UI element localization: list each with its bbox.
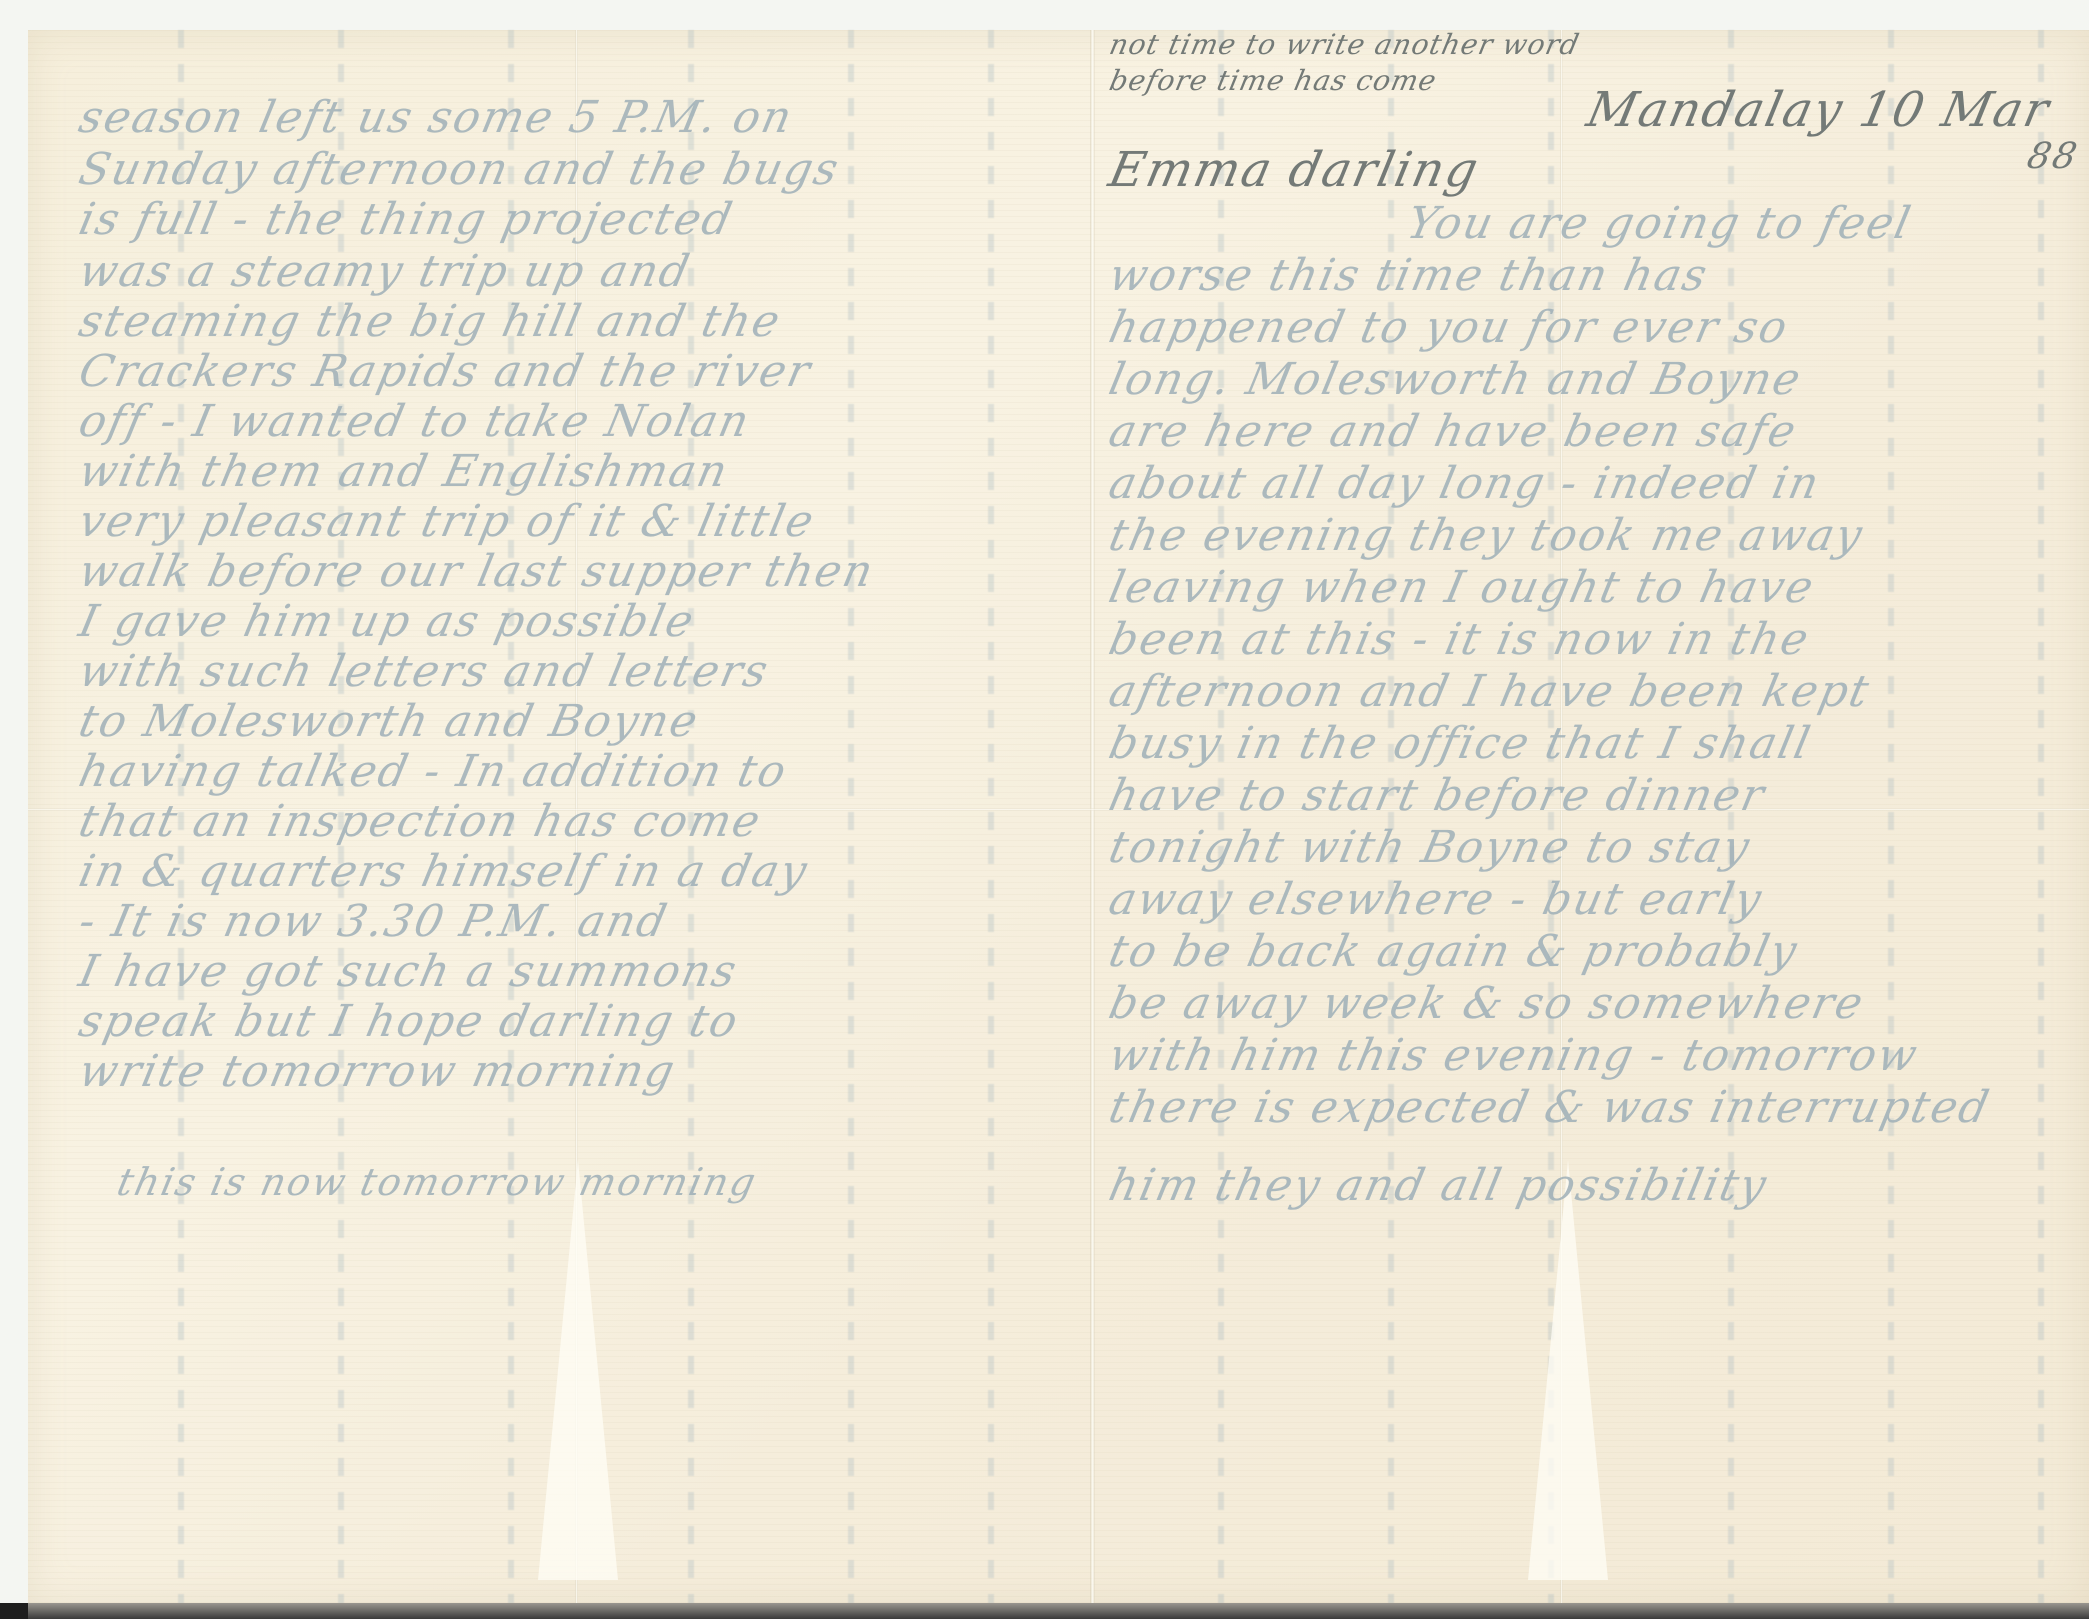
right-line: him they and all possibility <box>1105 1160 1773 1211</box>
scanner-edge-bottom <box>28 1603 2089 1619</box>
left-line: off - I wanted to take Nolan <box>75 396 756 447</box>
left-line: I gave him up as possible <box>75 596 700 647</box>
left-line: having talked - In addition to <box>75 746 793 797</box>
left-line: speak but I hope darling to <box>75 996 744 1047</box>
salutation: Emma darling <box>1104 142 1484 198</box>
right-line: leaving when I ought to have <box>1105 562 1820 613</box>
header-note-line-2: before time has come <box>1106 64 1439 97</box>
right-line: been at this - it is now in the <box>1105 614 1815 665</box>
left-line: walk before our last supper then <box>75 546 880 597</box>
left-line: Sunday afternoon and the bugs <box>75 144 845 195</box>
scanner-edge-corner <box>0 1603 28 1619</box>
left-line: that an inspection has come <box>75 796 767 847</box>
right-line: be away week & so somewhere <box>1105 978 1870 1029</box>
ink-bleed <box>1888 30 1894 1605</box>
left-line: - It is now 3.30 P.M. and <box>75 896 673 947</box>
left-line: Crackers Rapids and the river <box>75 346 817 397</box>
ink-bleed <box>2038 30 2044 1605</box>
ink-bleed <box>848 30 854 1605</box>
left-footer-line: this is now tomorrow morning <box>113 1160 761 1204</box>
left-line: to Molesworth and Boyne <box>75 696 704 747</box>
letter-date: Mandalay 10 Mar <box>1582 82 2055 138</box>
right-line: happened to you for ever so <box>1105 302 1794 353</box>
right-line: about all day long - indeed in <box>1105 458 1825 509</box>
ink-bleed <box>988 30 994 1605</box>
right-line: worse this time than has <box>1105 250 1714 301</box>
right-line: to be back again & probably <box>1105 926 1803 977</box>
right-line: are here and have been safe <box>1105 406 1802 457</box>
right-line: with him this evening - tomorrow <box>1105 1030 1924 1081</box>
letter-year: 88 <box>2024 136 2083 177</box>
left-line: season left us some 5 P.M. on <box>75 92 798 143</box>
left-line: very pleasant trip of it & little <box>75 496 820 547</box>
left-line: is full - the thing projected <box>75 194 739 245</box>
left-line: steaming the big hill and the <box>75 296 786 347</box>
right-line: the evening they took me away <box>1105 510 1869 561</box>
left-line: write tomorrow morning <box>75 1046 681 1097</box>
left-line: was a steamy trip up and <box>75 246 696 297</box>
paper-crease-right <box>1528 1160 1608 1580</box>
right-line: away elsewhere - but early <box>1105 874 1768 925</box>
letter-paper: season left us some 5 P.M. on Sunday aft… <box>28 30 2089 1605</box>
paper-crease-left <box>538 1160 618 1580</box>
left-line: with them and Englishman <box>75 446 734 497</box>
left-line: with such letters and letters <box>75 646 774 697</box>
fold-line-center <box>1090 30 1095 1605</box>
right-line: You are going to feel <box>1403 198 1917 249</box>
left-line: in & quarters himself in a day <box>75 846 813 897</box>
right-line: tonight with Boyne to stay <box>1105 822 1756 873</box>
right-line: long. Molesworth and Boyne <box>1105 354 1807 405</box>
right-line: busy in the office that I shall <box>1105 718 1817 769</box>
left-line: I have got such a summons <box>75 946 743 997</box>
header-note-line-1: not time to write another word <box>1106 28 1582 61</box>
right-line: have to start before dinner <box>1105 770 1771 821</box>
right-line: afternoon and I have been kept <box>1105 666 1875 717</box>
right-line: there is expected & was interrupted <box>1105 1082 1995 1133</box>
